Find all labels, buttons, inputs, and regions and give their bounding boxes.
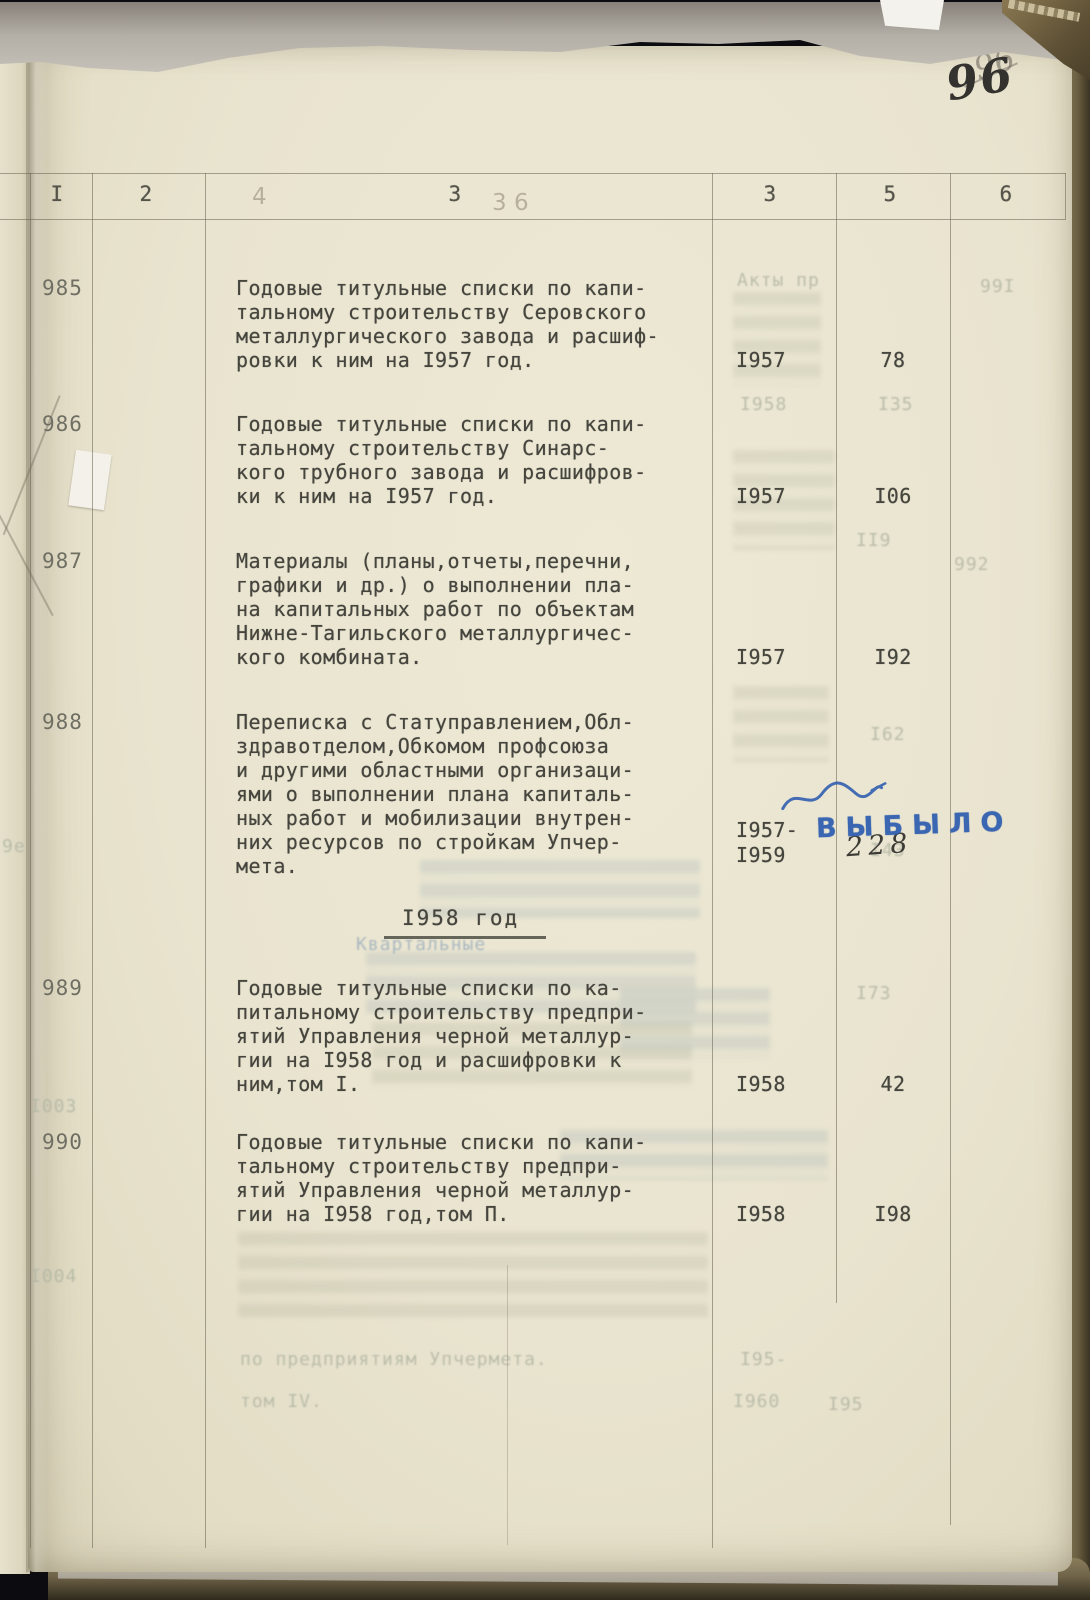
section-heading-year: I958 год xyxy=(402,906,519,930)
bleedthrough-text: II9 xyxy=(856,530,892,551)
table-rule-header-bottom xyxy=(0,219,1066,220)
pencil-annotation: 3 6 xyxy=(492,190,529,216)
description-line: Годовые титульные списки по капи- xyxy=(236,412,710,436)
table-header-cell: I xyxy=(50,182,63,206)
scanned-archive-inventory-page: I2335643 6 985 Годовые титульные списки … xyxy=(0,0,1090,1600)
date-value: I957 xyxy=(736,348,786,373)
date-value: I958 xyxy=(736,1202,786,1227)
table-header-cell: 3 xyxy=(763,182,776,206)
description-line: тальному строительству предпри- xyxy=(236,1154,710,1178)
bleedthrough-text: по предприятиям Упчермета. xyxy=(240,1349,548,1370)
description-line: питальному строительству предпри- xyxy=(236,1000,710,1024)
bleedthrough-text: I62 xyxy=(870,724,906,745)
description-line: ями о выполнении плана капиталь- xyxy=(236,782,710,806)
entry-number: 990 xyxy=(42,1130,83,1154)
description-line: тальному строительству Серовского xyxy=(236,300,710,324)
description-line: ятий Управления черной металлур- xyxy=(236,1178,710,1202)
bleedthrough-smudge xyxy=(238,1232,708,1318)
description-line: графики и др.) о выполнении пла- xyxy=(236,573,710,597)
description-line: Годовые титульные списки по ка- xyxy=(236,976,710,1000)
entry-dates: I957-I959 xyxy=(736,818,798,868)
bleedthrough-text: 992 xyxy=(954,554,990,575)
description-line: металлургического завода и расшиф- xyxy=(236,324,710,348)
bleedthrough-text: 9е xyxy=(2,836,26,857)
entry-dates: I958 xyxy=(736,1202,786,1227)
description-line: гии на I958 год и расшифровки к xyxy=(236,1048,710,1072)
bleedthrough-text: том IV. xyxy=(240,1391,323,1412)
pencil-annotation: 4 xyxy=(252,184,267,210)
entry-sheet-count: I98 xyxy=(838,1202,948,1226)
date-value: I958 xyxy=(736,1072,786,1097)
description-line: Нижне-Тагильского металлургичес- xyxy=(236,621,710,645)
description-line: ки к ним на I957 год. xyxy=(236,484,710,508)
table-column-line xyxy=(1065,173,1066,219)
description-line: здравотделом,Обкомом профсоюза xyxy=(236,734,710,758)
description-line: гии на I958 год,том П. xyxy=(236,1202,710,1226)
table-header-cell: 3 xyxy=(448,182,461,206)
table-column-line xyxy=(205,173,206,1548)
bleedthrough-text: I95- xyxy=(740,1349,787,1370)
table-column-line xyxy=(92,173,93,1548)
description-line: тальному строительству Синарс- xyxy=(236,436,710,460)
table-header-cell: 6 xyxy=(999,182,1012,206)
date-value: I957 xyxy=(736,484,786,509)
table-column-line xyxy=(30,173,31,1548)
table-header-cell: 2 xyxy=(139,182,152,206)
entry-description: Годовые титульные списки по капи-тальном… xyxy=(236,1130,710,1226)
entry-number: 988 xyxy=(42,710,83,734)
entry-description: Годовые титульные списки по капи-тальном… xyxy=(236,412,710,508)
entry-number: 989 xyxy=(42,976,83,1000)
table-header-cell: 5 xyxy=(883,182,896,206)
entry-dates: I957 xyxy=(736,645,786,670)
bleedthrough-text: I003 xyxy=(30,1096,77,1117)
description-line: на капитальных работ по объектам xyxy=(236,597,710,621)
table-column-line xyxy=(836,173,837,1303)
date-value: I959 xyxy=(736,843,798,868)
description-line: ятий Управления черной металлур- xyxy=(236,1024,710,1048)
bleedthrough-smudge xyxy=(733,292,821,388)
bleedthrough-text: I004 xyxy=(30,1266,77,1287)
entry-sheet-count: I92 xyxy=(838,645,948,669)
entry-sheet-count: 42 xyxy=(838,1072,948,1096)
date-value: I957- xyxy=(736,818,798,843)
entry-dates: I957 xyxy=(736,348,786,373)
bleedthrough-text: I73 xyxy=(856,983,892,1004)
entry-dates: I958 xyxy=(736,1072,786,1097)
description-line: мета. xyxy=(236,854,710,878)
paper-scrap xyxy=(68,450,111,510)
table-column-line xyxy=(950,173,951,1525)
description-line: Переписка с Статуправлением,Обл- xyxy=(236,710,710,734)
description-line: Годовые титульные списки по капи- xyxy=(236,1130,710,1154)
entry-sheet-count: I06 xyxy=(838,484,948,508)
description-line: ровки к ним на I957 год. xyxy=(236,348,710,372)
entry-number: 987 xyxy=(42,549,83,573)
description-line: них ресурсов по стройкам Упчер- xyxy=(236,830,710,854)
entry-description: Годовые титульные списки по капи-тальном… xyxy=(236,276,710,372)
bleedthrough-smudge xyxy=(733,686,829,762)
paper-scrap-top xyxy=(880,0,944,30)
date-value: I957 xyxy=(736,645,786,670)
entry-dates: I957 xyxy=(736,484,786,509)
description-line: кого трубного завода и расшифров- xyxy=(236,460,710,484)
entry-sheet-count: 78 xyxy=(838,348,948,372)
description-line: Материалы (планы,отчеты,перечни, xyxy=(236,549,710,573)
bleedthrough-text: I958 xyxy=(740,394,787,415)
section-heading-underline xyxy=(384,936,546,939)
bleedthrough-text: I35 xyxy=(878,394,914,415)
table-column-line xyxy=(712,173,713,1548)
entry-number: 986 xyxy=(42,412,83,436)
entry-description: Материалы (планы,отчеты,перечни,графики … xyxy=(236,549,710,669)
table-rule-top xyxy=(0,173,1066,174)
bleedthrough-text: I960 xyxy=(733,1391,780,1412)
description-line: Годовые титульные списки по капи- xyxy=(236,276,710,300)
tissue-edge-line xyxy=(507,1265,508,1545)
description-line: кого комбината. xyxy=(236,645,710,669)
entry-description: Переписка с Статуправлением,Обл-здравотд… xyxy=(236,710,710,878)
description-line: ных работ и мобилизации внутрен- xyxy=(236,806,710,830)
description-line: и другими областными организаци- xyxy=(236,758,710,782)
description-line: ним,том I. xyxy=(236,1072,710,1096)
entry-number: 985 xyxy=(42,276,83,300)
bleedthrough-text: Акты пр xyxy=(737,270,820,291)
bleedthrough-text: I95 xyxy=(828,1394,864,1415)
entry-description: Годовые титульные списки по ка-питальном… xyxy=(236,976,710,1096)
bleedthrough-text: 99I xyxy=(980,276,1016,297)
